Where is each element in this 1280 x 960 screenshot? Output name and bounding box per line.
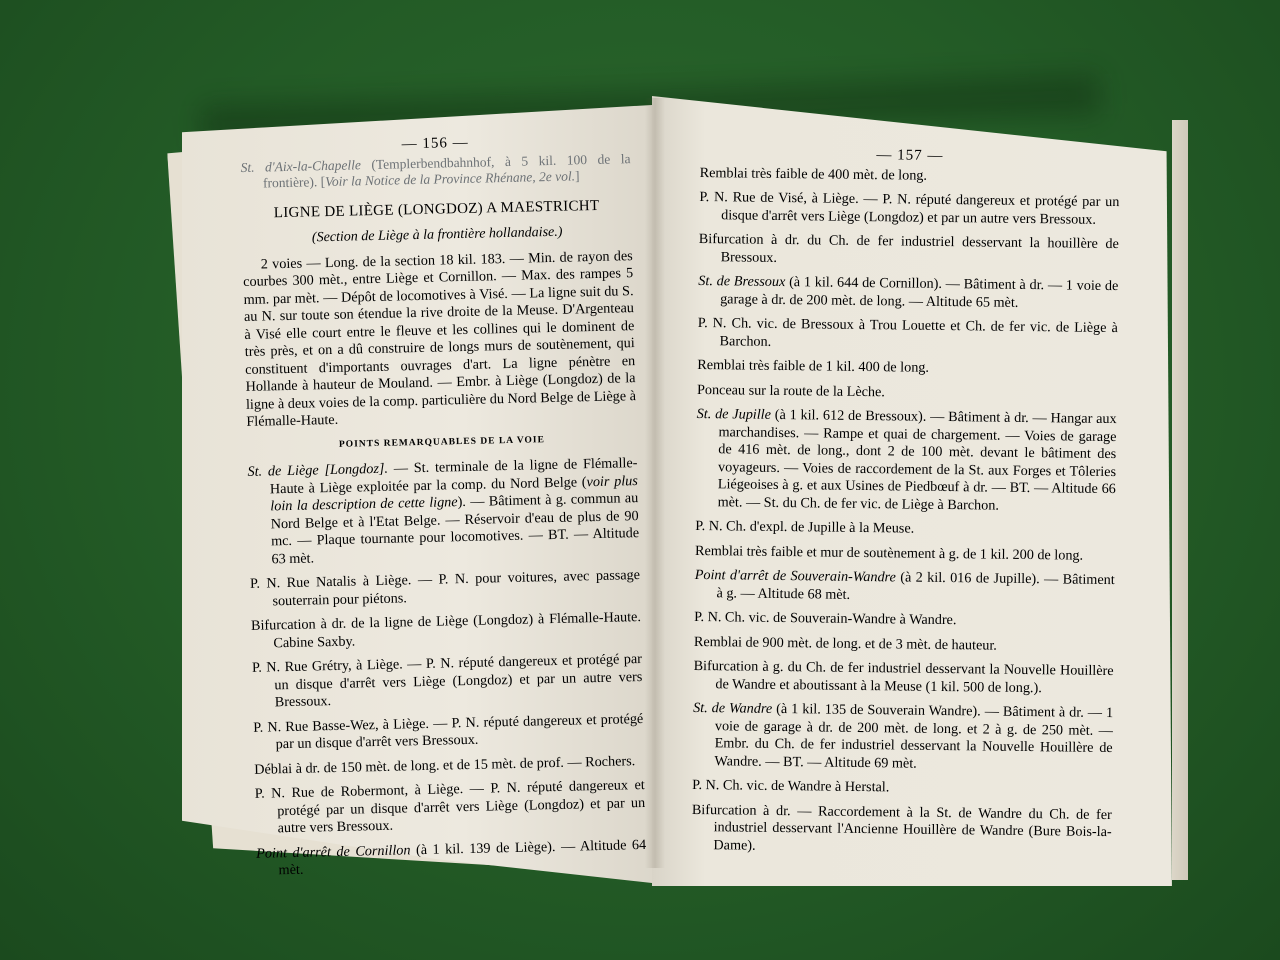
entry-item: Bifurcation à dr. de la ligne de Liège (… bbox=[251, 609, 642, 653]
book-gutter bbox=[645, 98, 665, 868]
entry-text: Remblai très faible de 1 kil. 400 de lon… bbox=[697, 357, 929, 376]
entry-text: Ch. vic. de Bressoux à Trou Louette et C… bbox=[720, 315, 1118, 349]
right-page-content: — 157 — Remblai très faible de 400 mèt. … bbox=[691, 145, 1120, 866]
intro-paragraph: 2 voies — Long. de la section 18 kil. 18… bbox=[243, 248, 637, 432]
entry-item: Bifurcation à dr. du Ch. de fer industri… bbox=[699, 231, 1119, 271]
section-title: LIGNE DE LIÈGE (LONGDOZ) A MAESTRICHT bbox=[241, 197, 631, 223]
entry-item: St. de Bressoux (à 1 kil. 644 de Cornill… bbox=[698, 273, 1118, 313]
entry-lead: P. N. bbox=[692, 777, 719, 793]
entry-item: Bifurcation à dr. — Raccordement à la St… bbox=[691, 801, 1112, 859]
entry-lead: P. N. bbox=[698, 315, 727, 331]
entry-lead: P. N. bbox=[253, 719, 281, 736]
entry-text: Remblai très faible et mur de soutènemen… bbox=[695, 542, 1083, 563]
entry-lead: Point d'arrêt de Souverain-Wandre bbox=[695, 567, 896, 585]
entry-item: P. N. Ch. d'expl. de Jupille à la Meuse. bbox=[695, 518, 1115, 541]
entry-text: Rue Natalis à Liège. — P. N. pour voitur… bbox=[272, 567, 640, 609]
entry-item: Remblai de 900 mèt. de long. et de 3 mèt… bbox=[694, 633, 1114, 656]
section-subtitle: (Section de Liège à la frontière holland… bbox=[242, 222, 632, 248]
entry-item: P. N. Ch. vic. de Wandre à Herstal. bbox=[692, 777, 1112, 800]
entry-item: St. de Liège [Longdoz]. — St. terminale … bbox=[247, 455, 639, 569]
entry-text: Ch. vic. de Souverain-Wandre à Wandre. bbox=[721, 609, 956, 628]
right-entries-list: Remblai très faible de 400 mèt. de long.… bbox=[691, 164, 1119, 859]
entry-item: P. N. Rue de Visé, à Liège. — P. N. répu… bbox=[699, 189, 1119, 229]
entry-text: Rue Grétry, à Liège. — P. N. réputé dang… bbox=[274, 651, 642, 710]
entry-item: Bifurcation à g. du Ch. de fer industrie… bbox=[693, 658, 1113, 698]
entry-item: Point d'arrêt de Souverain-Wandre (à 2 k… bbox=[694, 567, 1114, 607]
entry-text: Bifurcation à dr. — Raccordement à la St… bbox=[692, 801, 1112, 853]
entry-lead: St. de Wandre bbox=[693, 700, 772, 717]
entry-item: Remblai très faible de 400 mèt. de long. bbox=[700, 164, 1120, 187]
header-note: St. d'Aix-la-Chapelle (Templerbendbahnho… bbox=[240, 151, 631, 192]
entry-lead: St. de Jupille bbox=[697, 406, 771, 423]
entry-item: Ponceau sur la route de la Lèche. bbox=[697, 381, 1117, 404]
entry-lead: Point d'arrêt de Cornillon bbox=[256, 842, 411, 861]
entry-item: P. N. Rue Natalis à Liège. — P. N. pour … bbox=[250, 567, 641, 611]
entry-item: Déblai à dr. de 150 mèt. de long. et de … bbox=[254, 752, 644, 778]
points-heading: POINTS REMARQUABLES DE LA VOIE bbox=[247, 430, 637, 456]
entry-text: Rue de Visé, à Liège. — P. N. réputé dan… bbox=[721, 189, 1119, 227]
entry-item: St. de Jupille (à 1 kil. 612 de Bressoux… bbox=[696, 406, 1117, 516]
entry-text: Ch. vic. de Wandre à Herstal. bbox=[719, 777, 889, 795]
entry-text: (à 1 kil. 135 de Souverain Wandre). — Bâ… bbox=[714, 701, 1113, 771]
entry-text: Rue de Robermont, à Liège. — P. N. réput… bbox=[277, 777, 645, 836]
entry-lead: P. N. bbox=[695, 518, 722, 534]
entry-item: P. N. Ch. vic. de Souverain-Wandre à Wan… bbox=[694, 609, 1114, 632]
entry-item: P. N. Rue Grétry, à Liège. — P. N. réput… bbox=[252, 651, 643, 712]
entry-lead: P. N. bbox=[250, 575, 281, 592]
entry-lead: P. N. bbox=[699, 189, 728, 205]
entry-lead: P. N. bbox=[255, 785, 286, 802]
entry-text: Rue Basse-Wez, à Liège. — P. N. réputé d… bbox=[276, 711, 644, 753]
entry-text: Déblai à dr. de 150 mèt. de long. et de … bbox=[254, 753, 635, 778]
entry-text: (à 1 kil. 612 de Bressoux). — Bâtiment à… bbox=[718, 407, 1117, 513]
header-note-station: St. d'Aix-la-Chapelle bbox=[240, 157, 361, 175]
entry-lead: P. N. bbox=[694, 609, 721, 625]
entry-lead: St. de Liège [Longdoz]. bbox=[247, 461, 388, 480]
entry-item: P. N. Rue Basse-Wez, à Liège. — P. N. ré… bbox=[253, 711, 644, 755]
entry-text: Bifurcation à dr. de la ligne de Liège (… bbox=[251, 609, 641, 651]
page-number-right: — 157 — bbox=[700, 145, 1120, 168]
right-page-edge bbox=[1172, 120, 1188, 880]
entry-item: Remblai très faible et mur de soutènemen… bbox=[695, 542, 1115, 565]
entry-item: P. N. Rue de Robermont, à Liège. — P. N.… bbox=[255, 777, 646, 838]
left-entries-list: St. de Liège [Longdoz]. — St. terminale … bbox=[247, 455, 646, 880]
left-page-content: — 156 — St. d'Aix-la-Chapelle (Templerbe… bbox=[240, 131, 647, 887]
entry-text: Ch. d'expl. de Jupille à la Meuse. bbox=[722, 518, 914, 536]
entry-item: P. N. Ch. vic. de Bressoux à Trou Louett… bbox=[697, 315, 1117, 355]
entry-item: St. de Wandre (à 1 kil. 135 de Souverain… bbox=[692, 700, 1113, 775]
entry-item: Remblai très faible de 1 kil. 400 de lon… bbox=[697, 357, 1117, 380]
entry-lead: P. N. bbox=[252, 659, 281, 676]
entry-item: Point d'arrêt de Cornillon (à 1 kil. 139… bbox=[256, 836, 647, 880]
entry-lead: St. de Bressoux bbox=[698, 273, 785, 290]
entry-text: Bifurcation à dr. du Ch. de fer industri… bbox=[699, 231, 1119, 265]
entry-text: Remblai très faible de 400 mèt. de long. bbox=[700, 164, 928, 183]
entry-text: Bifurcation à g. du Ch. de fer industrie… bbox=[694, 658, 1114, 696]
entry-text: Remblai de 900 mèt. de long. et de 3 mèt… bbox=[694, 633, 997, 653]
entry-text: Ponceau sur la route de la Lèche. bbox=[697, 381, 885, 399]
